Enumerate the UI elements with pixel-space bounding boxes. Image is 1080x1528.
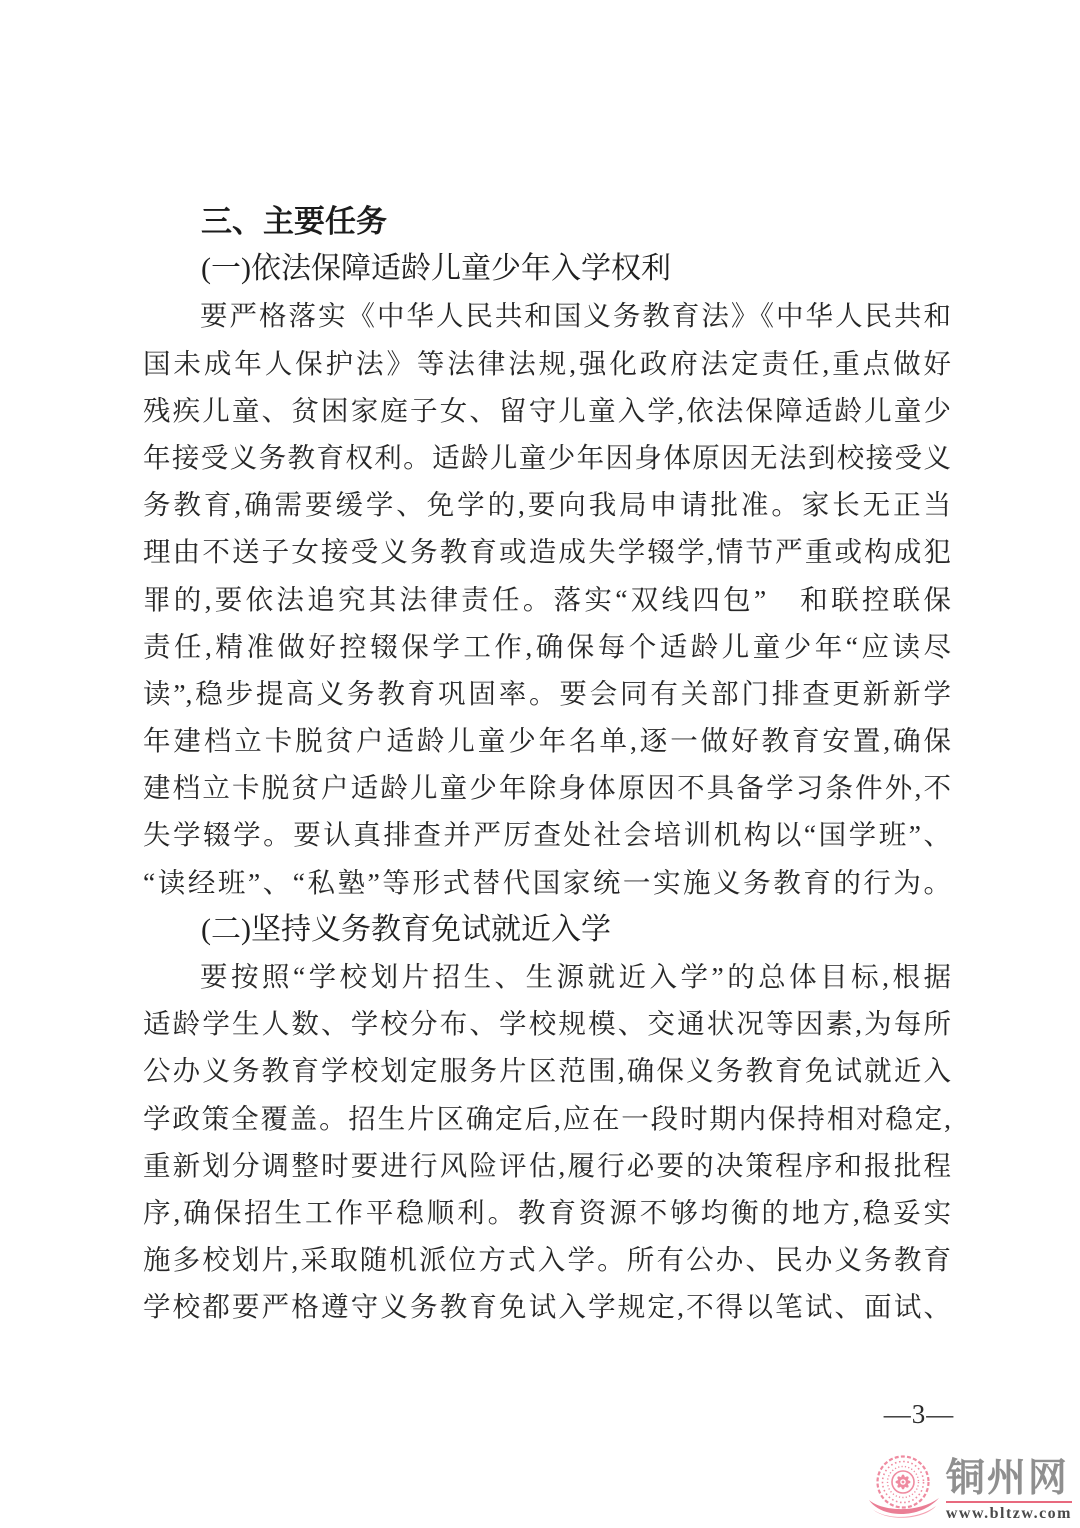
body-text-line: “读经班”、“私塾”等形式替代国家统一实施义务教育的行为。	[143, 859, 951, 906]
document-page: 三、主要任务 (一)依法保障适龄儿童少年入学权利 要严格落实《中华人民共和国义务…	[0, 0, 1080, 1528]
document-body: 三、主要任务 (一)依法保障适龄儿童少年入学权利 要严格落实《中华人民共和国义务…	[143, 198, 951, 1331]
body-text-line: 国未成年人保护法》等法律法规,强化政府法定责任,重点做好	[143, 340, 951, 387]
body-text-line: 残疾儿童、贫困家庭子女、留守儿童入学,依法保障适龄儿童少	[143, 387, 951, 434]
body-text-line: 责任,精准做好控辍保学工作,确保每个适龄儿童少年“应读尽	[143, 623, 951, 670]
site-watermark: 铜州网 www.bltzw.com	[867, 1454, 1072, 1526]
body-text-line: 学政策全覆盖。招生片区确定后,应在一段时期内保持相对稳定,	[143, 1095, 951, 1142]
body-text-line: 公办义务教育学校划定服务片区范围,确保义务教育免试就近入	[143, 1047, 951, 1094]
body-text-line: 失学辍学。要认真排查并严厉查处社会培训机构以“国学班”、	[143, 811, 951, 858]
body-text-line: 务教育,确需要缓学、免学的,要向我局申请批准。家长无正当	[143, 481, 951, 528]
rosette-seal-ribbon-icon	[867, 1454, 941, 1526]
body-text-line: 理由不送子女接受义务教育或造成失学辍学,情节严重或构成犯	[143, 528, 951, 575]
subsection-2-heading: (二)坚持义务教育免试就近入学	[143, 906, 951, 953]
body-text-line: 要按照“学校划片招生、生源就近入学”的总体目标,根据	[143, 953, 951, 1000]
watermark-site-url: www.bltzw.com	[946, 1505, 1072, 1522]
body-text-line: 重新划分调整时要进行风险评估,履行必要的决策程序和报批程	[143, 1142, 951, 1189]
body-text-line: 序,确保招生工作平稳顺利。教育资源不够均衡的地方,稳妥实	[143, 1189, 951, 1236]
body-text-line: 要严格落实《中华人民共和国义务教育法》《中华人民共和	[143, 292, 951, 339]
body-text-line: 学校都要严格遵守义务教育免试入学规定,不得以笔试、面试、	[143, 1283, 951, 1330]
body-text-line: 适龄学生人数、学校分布、学校规模、交通状况等因素,为每所	[143, 1000, 951, 1047]
body-text-line: 建档立卡脱贫户适龄儿童少年除身体原因不具备学习条件外,不	[143, 764, 951, 811]
watermark-site-name: 铜州网	[946, 1458, 1072, 1499]
watermark-divider	[946, 1501, 1072, 1503]
page-number: —3—	[872, 1399, 966, 1430]
body-text-line: 年接受义务教育权利。适龄儿童少年因身体原因无法到校接受义	[143, 434, 951, 481]
body-text-line: 罪的,要依法追究其法律责任。落实“双线四包” 和联控联保	[143, 576, 951, 623]
body-text-line: 读”,稳步提高义务教育巩固率。要会同有关部门排查更新新学	[143, 670, 951, 717]
subsection-1-heading: (一)依法保障适龄儿童少年入学权利	[143, 245, 951, 292]
body-text-line: 施多校划片,采取随机派位方式入学。所有公办、民办义务教育	[143, 1236, 951, 1283]
body-text-line: 年建档立卡脱贫户适龄儿童少年名单,逐一做好教育安置,确保	[143, 717, 951, 764]
section-heading: 三、主要任务	[143, 198, 951, 245]
watermark-text-block: 铜州网 www.bltzw.com	[946, 1458, 1072, 1522]
